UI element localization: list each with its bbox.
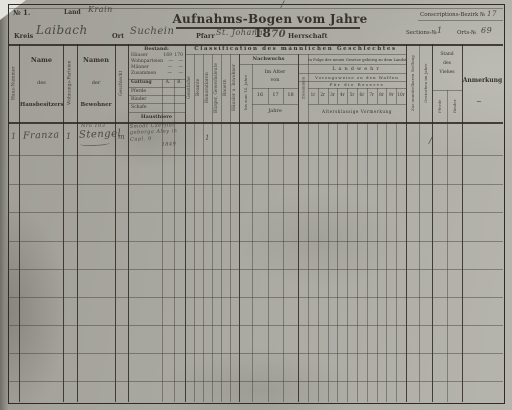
- stats-rows: Häuser169170 Wohnparteien—— Männer—— Zus…: [128, 52, 185, 76]
- grid-line: [418, 20, 503, 21]
- col-gestorben: Gestorben im Jahre: [420, 48, 431, 118]
- stats-row: Häuser169170: [128, 52, 185, 58]
- age-16: 16: [252, 92, 268, 98]
- grid-line: [337, 122, 338, 402]
- grid-line: [176, 27, 360, 29]
- wehr-line1: In Folge der neuen Gesetze gehörig zu de…: [308, 57, 406, 62]
- grid-line: [432, 90, 462, 91]
- classification-title: Classification des männlichen Geschlecht…: [185, 46, 406, 52]
- owner-line3: Hausbesitzers: [20, 102, 63, 108]
- stats-sub-title: Gattung: [131, 80, 152, 85]
- age-col: 10r: [396, 92, 406, 97]
- entry-owner: Franza: [23, 129, 60, 141]
- grid-line: [308, 88, 406, 89]
- vieh-line3: Viehes: [432, 68, 462, 77]
- classification-classes: Geistliche Beamte Honoratioren Bürger, G…: [185, 56, 239, 119]
- age-col: 5r: [347, 92, 357, 97]
- wehr-footer: Altersklassige Vormerkung: [308, 109, 406, 114]
- alter-label-1: Im Alter: [252, 69, 298, 75]
- class-col: Bürger, Gewerbsleute: [212, 56, 221, 119]
- ages-unit: Jahre: [252, 108, 298, 114]
- grid-line: [252, 88, 298, 89]
- owner-line1: Name: [20, 56, 63, 64]
- grid-line: [8, 353, 503, 354]
- col-header-owner: Name des Hausbesitzers: [20, 56, 63, 108]
- grid-line: [8, 241, 503, 242]
- class-col: Geistliche: [185, 56, 194, 119]
- grid-line: [252, 104, 298, 105]
- col-stellung: Zur unmittelbaren Stellung: [407, 48, 418, 118]
- grid-line: [8, 269, 503, 270]
- grid-line: [8, 8, 503, 9]
- col-header-parties: Wohnungs-Parteien: [64, 48, 76, 118]
- grid-line: [357, 122, 358, 402]
- grid-line: [386, 122, 387, 402]
- residents-line2: der: [78, 80, 114, 86]
- alter-label-2: von: [252, 77, 298, 83]
- col-header-remark: Anmerkung: [462, 77, 503, 84]
- col-header-house-no: Haus-Nummer: [9, 48, 19, 118]
- vieh-title: Stand des Viehes: [432, 50, 462, 77]
- residents-line3: Bewohner: [78, 102, 114, 108]
- col-header-residents: Namen der Bewohner: [78, 56, 114, 108]
- grid-line: [308, 104, 406, 105]
- entry-house-no: 1: [11, 132, 17, 141]
- grid-line: [8, 381, 503, 382]
- wehr-age-cols: 1r 2r 3r 4r 5r 6r 7r 8r 9r 10r: [308, 92, 406, 97]
- age-col: 1r: [308, 92, 318, 97]
- age-17: 17: [268, 92, 283, 98]
- grid-line: [328, 122, 329, 402]
- entry-parties: 1: [66, 132, 72, 141]
- grid-line: [447, 90, 448, 402]
- entry-resident-name: Stengel: [79, 128, 122, 140]
- wehr-line2: Landwehr: [308, 66, 406, 72]
- vieh-col-pferde: Pferde: [433, 92, 446, 120]
- grid-line: [377, 122, 378, 402]
- age-col: 8r: [377, 92, 387, 97]
- age-col: 2r: [318, 92, 328, 97]
- class-col: Beamte: [194, 56, 203, 119]
- vieh-col-rinder: Rinder: [448, 92, 461, 120]
- age-col: 4r: [337, 92, 347, 97]
- wehr-line4: Für die Reserve: [308, 82, 406, 87]
- residents-line1: Namen: [78, 56, 114, 64]
- stats-col-b: B.: [174, 80, 185, 85]
- stats-sub-row: Rinder: [131, 97, 146, 102]
- class-col: Häusler u. Inwohner: [230, 56, 239, 119]
- grid-line: [283, 122, 284, 402]
- remark-mark: ~: [476, 98, 482, 106]
- age-col: 6r: [357, 92, 367, 97]
- age-col: 3r: [328, 92, 338, 97]
- entry-note: Smodt Czerfial geborga Aloy in Capl. 9 1…: [130, 122, 178, 149]
- entry-class-tick: 1: [205, 134, 210, 142]
- grid-line: [268, 122, 269, 402]
- grid-line: [8, 325, 503, 326]
- grid-line: [252, 64, 253, 402]
- owner-line2: des: [20, 80, 63, 86]
- entry-gender: m: [118, 133, 125, 141]
- document-page: № 1. Land Krain ∕ Aufnahms-Bogen vom Jah…: [0, 0, 512, 410]
- stats-footer: Hausthiere: [128, 114, 185, 120]
- grid-line: [8, 184, 503, 185]
- grid-line: [8, 212, 503, 213]
- nachwuchs-side-col: bis zum 14. Jahre: [240, 65, 251, 120]
- zusammen-col: Zusammen: [299, 58, 307, 118]
- col-header-gender: Geschlecht: [116, 48, 127, 118]
- wehr-line3: Vorzugsweise zu den Waffen: [308, 75, 406, 80]
- grid-line: [128, 44, 129, 402]
- grid-line: [396, 122, 397, 402]
- stats-row: Männer——: [128, 64, 185, 70]
- stats-row: Wohnparteien——: [128, 58, 185, 64]
- stats-col-a: A.: [162, 80, 174, 85]
- vieh-line1: Stand: [432, 50, 462, 59]
- age-col: 9r: [386, 92, 396, 97]
- grid-line: [308, 54, 309, 402]
- age-col: 7r: [367, 92, 377, 97]
- class-col: Bauern: [221, 56, 230, 119]
- stats-sub-row: Schafe: [131, 105, 147, 110]
- grid-line: [8, 297, 503, 298]
- grid-line: [367, 122, 368, 402]
- entry-stray-mark: ∕: [429, 136, 433, 146]
- grid-line: [185, 54, 406, 55]
- class-col: Honoratioren: [203, 56, 212, 119]
- grid-line: [8, 155, 503, 156]
- age-18: 18: [283, 92, 298, 98]
- vieh-line2: des: [432, 59, 462, 68]
- nachwuchs-title: Nachwuchs: [239, 56, 298, 62]
- stats-row: Zusammen——: [128, 70, 185, 76]
- grid-line: [298, 64, 406, 65]
- stats-sub-row: Pferde: [131, 89, 146, 94]
- grid-line: [347, 122, 348, 402]
- grid-line: [462, 44, 463, 402]
- grid-line: [318, 122, 319, 402]
